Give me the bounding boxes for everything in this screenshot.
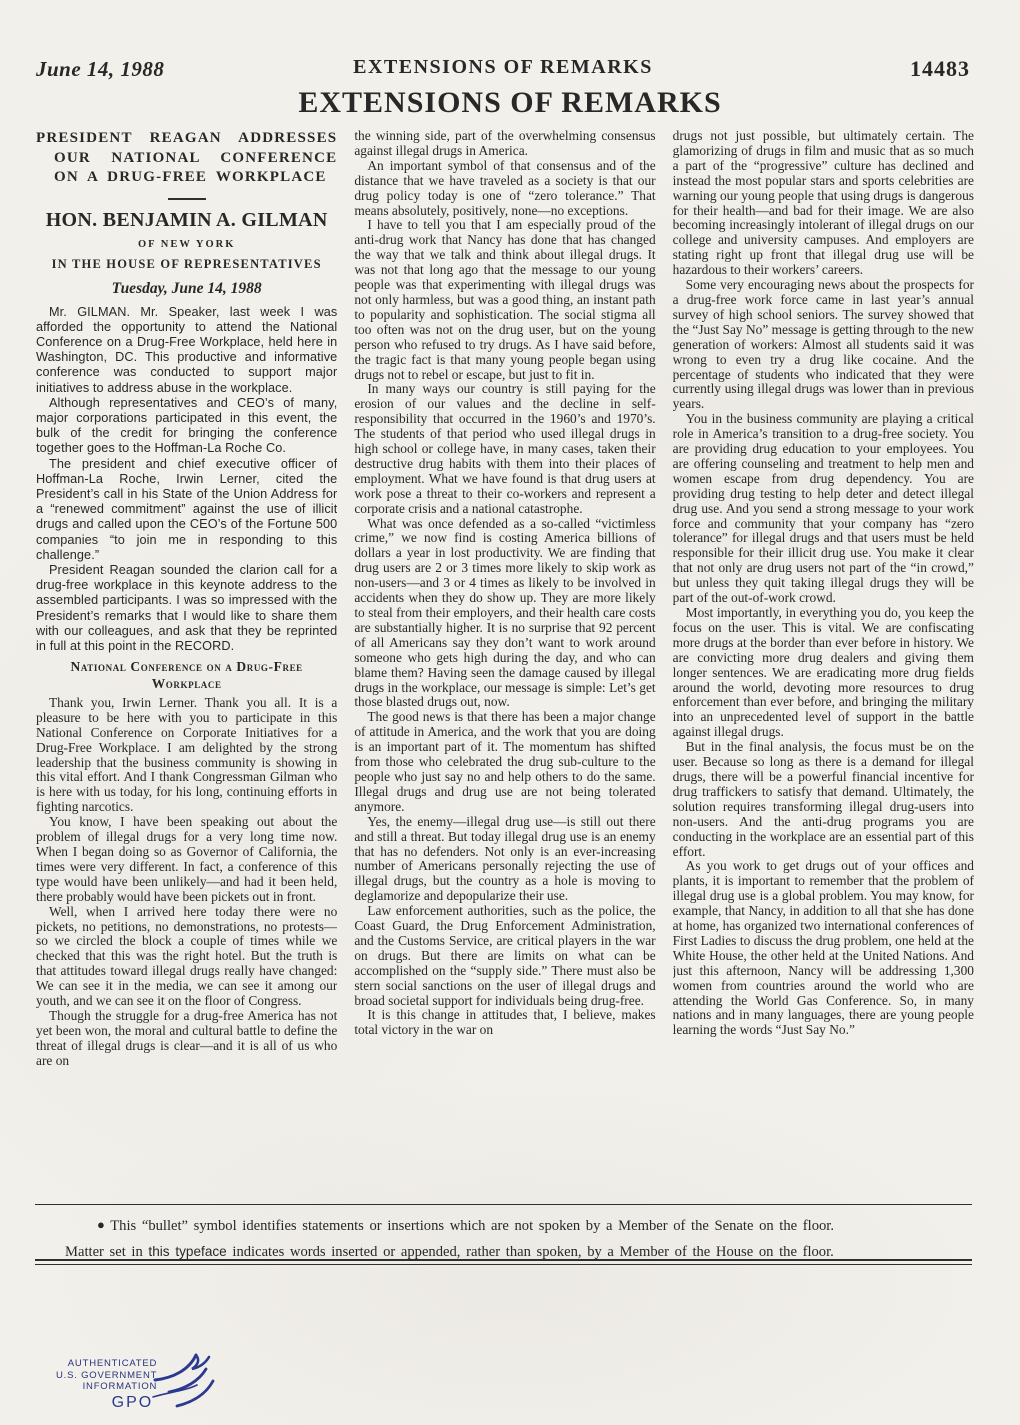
paragraph: An important symbol of that consensus an…: [354, 159, 655, 219]
member-name: HON. BENJAMIN A. GILMAN: [36, 209, 337, 232]
gpo-acronym: GPO: [56, 1397, 157, 1409]
paragraph: Thank you, Irwin Lerner. Thank you all. …: [36, 696, 337, 815]
page-number: 14483: [910, 56, 970, 82]
column-3: drugs not just possible, but ultimately …: [673, 129, 974, 1195]
gpo-text-line2: U.S. GOVERNMENT: [56, 1370, 157, 1382]
gpo-authentication-logo: AUTHENTICATED U.S. GOVERNMENT INFORMATIO…: [56, 1350, 217, 1418]
paragraph: Though the struggle for a drug-free Amer…: [36, 1009, 337, 1069]
paragraph: Mr. GILMAN. Mr. Speaker, last week I was…: [36, 305, 337, 396]
footnote-senate-text: This “bullet” symbol identifies statemen…: [110, 1218, 834, 1234]
paragraph: As you work to get drugs out of your off…: [673, 859, 974, 1038]
paragraph: Most importantly, in everything you do, …: [673, 606, 974, 740]
paragraph: Well, when I arrived here today there we…: [36, 905, 337, 1009]
column-1: PRESIDENT REAGAN ADDRESSES OUR NATIONAL …: [36, 129, 337, 1195]
column-2: the winning side, part of the overwhelmi…: [354, 129, 655, 1195]
bottom-double-rule: [35, 1259, 972, 1265]
gpo-text-line1: AUTHENTICATED: [56, 1358, 157, 1370]
footnote-senate: ● This “bullet” symbol identifies statem…: [35, 1212, 972, 1239]
article-heading: PRESIDENT REAGAN ADDRESSES OUR NATIONAL …: [36, 129, 337, 188]
eagle-icon: [151, 1350, 217, 1418]
chamber-line: IN THE HOUSE OF REPRESENTATIVES: [36, 257, 337, 272]
paragraph: The good news is that there has been a m…: [354, 710, 655, 814]
paragraph: You in the business community are playin…: [673, 412, 974, 606]
footnote-top-rule: [35, 1204, 972, 1205]
typeface-sample: this typeface: [148, 1244, 226, 1260]
heading-divider: [168, 198, 206, 200]
paragraph: But in the final analysis, the focus mus…: [673, 740, 974, 859]
paragraph: In many ways our country is still paying…: [354, 382, 655, 516]
member-state: OF NEW YORK: [36, 239, 337, 250]
footnote-house-post: indicates words inserted or appended, ra…: [227, 1244, 834, 1260]
paragraph: It is this change in attitudes that, I b…: [354, 1008, 655, 1038]
footnote-house-pre: Matter set in: [65, 1244, 148, 1260]
paragraph: Law enforcement authorities, such as the…: [354, 904, 655, 1008]
paragraph: drugs not just possible, but ultimately …: [673, 129, 974, 278]
paragraph: Some very encouraging news about the pro…: [673, 278, 974, 412]
paragraph: the winning side, part of the overwhelmi…: [354, 129, 655, 159]
session-date: Tuesday, June 14, 1988: [36, 280, 337, 298]
running-head-title: EXTENSIONS OF REMARKS: [36, 56, 970, 79]
paragraph: Yes, the enemy—illegal drug use—is still…: [354, 815, 655, 904]
paragraph: I have to tell you that I am especially …: [354, 218, 655, 382]
paragraph: You know, I have been speaking out about…: [36, 815, 337, 904]
paragraph: What was once defended as a so-called “v…: [354, 517, 655, 711]
speech-heading: National Conference on a Drug-Free Workp…: [50, 659, 323, 693]
running-head: EXTENSIONS OF REMARKS June 14, 1988 1448…: [36, 56, 970, 82]
paragraph: Although representatives and CEO’s of ma…: [36, 396, 337, 457]
bullet-icon: ●: [97, 1217, 105, 1232]
page-title: EXTENSIONS OF REMARKS: [0, 86, 1020, 120]
paragraph: The president and chief executive office…: [36, 457, 337, 563]
footnotes: ● This “bullet” symbol identifies statem…: [35, 1212, 972, 1265]
gpo-authentication-text: AUTHENTICATED U.S. GOVERNMENT INFORMATIO…: [56, 1358, 157, 1408]
article-columns: PRESIDENT REAGAN ADDRESSES OUR NATIONAL …: [36, 129, 974, 1195]
paragraph: President Reagan sounded the clarion cal…: [36, 563, 337, 654]
gpo-text-line3: INFORMATION: [56, 1381, 157, 1393]
